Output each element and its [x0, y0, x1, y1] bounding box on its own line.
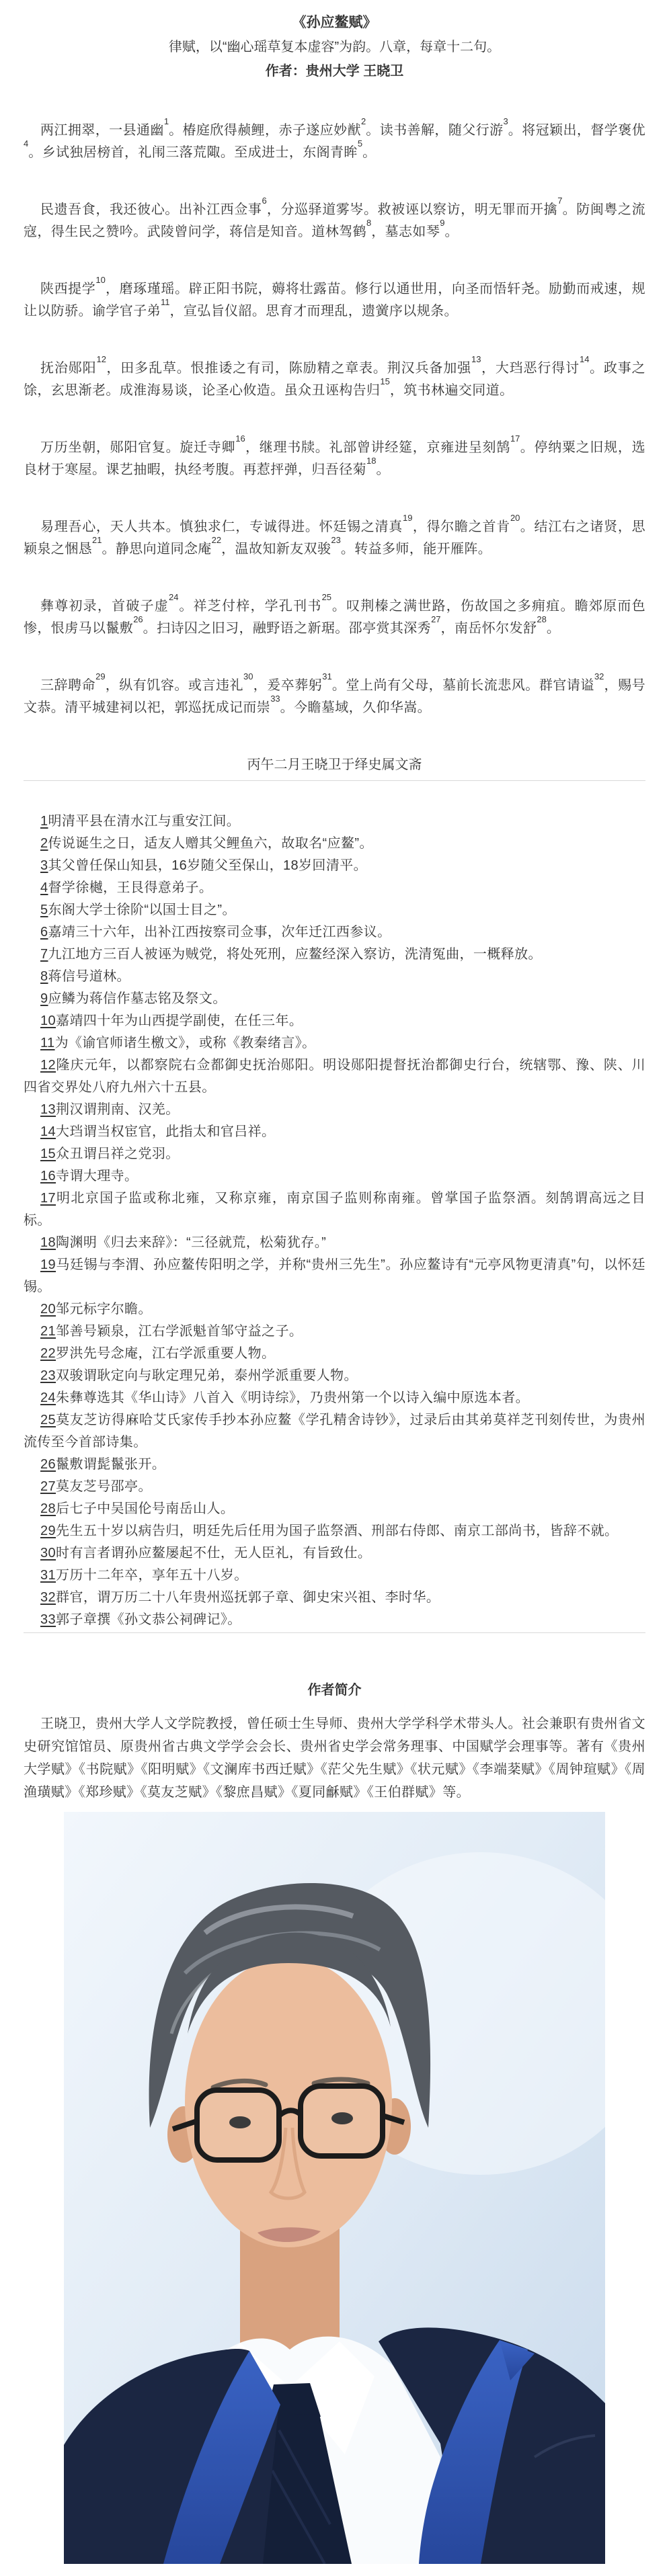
note-text: 嘉靖四十年为山西提学副使，在任三年。 [56, 1013, 303, 1028]
poem-paragraph: 易理吾心，天人共本。慎独求仁，专诚得进。怀廷锡之清真19，得尔瞻之首肯20。结江… [24, 516, 645, 560]
footnote-ref: 14 [580, 354, 589, 364]
poem-text: 。乡试独居榜首，礼闱三落荒陬。至成进士，东阁青眸 [28, 145, 358, 160]
poem-text: 民遗吾食，我还彼心。出补江西佥事 [40, 202, 262, 217]
author-portrait [64, 1812, 605, 2564]
note-number[interactable]: 14 [40, 1124, 56, 1139]
note-text: 传说诞生之日，适友人赠其父鲤鱼六，故取名“应鳌”。 [48, 836, 373, 851]
footnote-ref: 21 [92, 535, 102, 545]
note-number[interactable]: 21 [40, 1324, 56, 1339]
note-number[interactable]: 11 [40, 1036, 55, 1050]
note-text: 邹元标字尔瞻。 [56, 1302, 152, 1317]
note-number[interactable]: 28 [40, 1501, 56, 1516]
poem-text: 。读书善解，随父行游 [366, 123, 503, 138]
note-number[interactable]: 8 [40, 969, 48, 984]
note-text: 明清平县在清水江与重安江间。 [48, 814, 241, 829]
poem-text: 两江拥翠，一县通幽 [40, 123, 164, 138]
poem-text: ，继理书牍。礼部曾讲经筵，京雍进呈刻鹄 [245, 440, 510, 455]
note-item: 3其父曾任保山知县，16岁随父至保山，18岁回清平。 [24, 855, 645, 877]
poem-paragraph: 两江拥翠，一县通幽1。椿庭欣得赪鲤，赤子遂应妙猷2。读书善解，随父行游3。将冠颖… [24, 120, 645, 164]
poem-paragraph: 三辞聘命29，纵有饥容。或言违礼30，爰卒葬躬31。堂上尚有父母，墓前长流悲风。… [24, 675, 645, 719]
poem-subtitle: 律赋，以“幽心瑶草复本虚容”为韵。八章，每章十二句。 [24, 38, 645, 56]
note-item: 16寺谓大理寺。 [24, 1165, 645, 1188]
poem-paragraphs: 两江拥翠，一县通幽1。椿庭欣得赪鲤，赤子遂应妙猷2。读书善解，随父行游3。将冠颖… [24, 120, 645, 719]
note-text: 双骏谓耿定向与耿定理兄弟，泰州学派重要人物。 [56, 1368, 358, 1383]
note-item: 21邹善号颖泉，江右学派魁首邹守益之子。 [24, 1321, 645, 1343]
footnote-ref: 24 [169, 592, 178, 602]
poem-text: ，分巡驿道雾岑。救被诬以察访，明无罪而开擒 [267, 202, 558, 217]
poem-paragraph: 彝尊初录，首破子虚24。祥芝付梓，学孔刊书25。叹荆榛之满世路，伤故国之多痈疽。… [24, 595, 645, 640]
note-item: 2传说诞生之日，适友人赠其父鲤鱼六，故取名“应鳌”。 [24, 833, 645, 855]
note-item: 25莫友芝访得麻哈艾氏家传手抄本孙应鳌《学孔精舍诗钞》，过录后由其弟莫祥芝刊刻传… [24, 1409, 645, 1454]
note-text: 众丑谓吕祥之党羽。 [56, 1147, 180, 1161]
note-item: 22罗洪先号念庵，江右学派重要人物。 [24, 1343, 645, 1365]
footnote-ref: 13 [471, 354, 481, 364]
note-item: 29先生五十岁以病告归，明廷先后任用为国子监祭酒、刑部右侍郎、南京工部尚书，皆辞… [24, 1520, 645, 1542]
poem-text: ，纵有饥容。或言违礼 [106, 678, 243, 693]
article: 《孙应鳌赋》 律赋，以“幽心瑶草复本虚容”为韵。八章，每章十二句。 作者：贵州大… [0, 0, 669, 1804]
note-item: 30时有言者谓孙应鳌屡起不仕，无人臣礼，有旨致仕。 [24, 1542, 645, 1565]
note-item: 13荆汉谓荆南、汉羌。 [24, 1099, 645, 1121]
poem-text: ，宣弘旨仪韶。思育才而理乱，遗黉序以规条。 [170, 304, 458, 319]
poem-text: 三辞聘命 [40, 678, 95, 693]
poem-text: 。将冠颖出，督学褒优 [508, 123, 645, 138]
note-number[interactable]: 17 [40, 1191, 56, 1206]
note-text: 寺谓大理寺。 [56, 1169, 138, 1183]
footnote-ref: 11 [161, 297, 170, 307]
footnote-ref: 2 [361, 116, 366, 126]
note-text: 其父曾任保山知县，16岁随父至保山，18岁回清平。 [48, 858, 368, 873]
footnote-ref: 6 [262, 196, 266, 206]
footnote-ref: 3 [504, 116, 508, 126]
note-number[interactable]: 23 [40, 1368, 56, 1383]
author-photo [64, 1812, 605, 2564]
note-item: 23双骏谓耿定向与耿定理兄弟，泰州学派重要人物。 [24, 1365, 645, 1387]
note-text: 群官，谓万历二十八年贵州巡抚郭子章、御史宋兴祖、李时华。 [56, 1590, 440, 1605]
note-item: 32群官，谓万历二十八年贵州巡抚郭子章、御史宋兴祖、李时华。 [24, 1587, 645, 1609]
footnote-ref: 10 [95, 275, 105, 285]
divider-top [24, 780, 645, 781]
poem-text: 。 [444, 224, 458, 239]
footnote-ref: 30 [243, 671, 253, 681]
note-text: 后七子中吴国伦号南岳山人。 [56, 1501, 234, 1516]
note-text: 督学徐樾，王艮得意弟子。 [48, 880, 213, 895]
note-item: 5东阁大学士徐阶“以国士目之”。 [24, 899, 645, 921]
note-number[interactable]: 3 [40, 858, 48, 873]
poem-paragraph: 万历坐朝，郧阳官复。旋迁寺卿16，继理书牍。礼部曾讲经筵，京雍进呈刻鹄17。停纳… [24, 437, 645, 481]
note-text: 为《谕官师诸生檄文》，或称《教秦绪言》。 [55, 1036, 316, 1050]
note-item: 27莫友芝号邵亭。 [24, 1476, 645, 1498]
poem-text: 。祥芝付梓，学孔刊书 [179, 599, 322, 614]
poem-text: 。椿庭欣得赪鲤，赤子遂应妙猷 [169, 123, 361, 138]
note-text: 荆汉谓荆南、汉羌。 [56, 1102, 180, 1117]
note-number[interactable]: 15 [40, 1147, 56, 1161]
poem-text: 。今瞻墓域，久仰华嵩。 [280, 700, 431, 715]
poem-text: ，温故知新友双骏 [221, 542, 331, 556]
footnote-ref: 5 [358, 138, 362, 149]
note-item: 17明北京国子监或称北雍，又称京雍，南京国子监则称南雍。曾掌国子监祭酒。刻鹄谓高… [24, 1188, 645, 1232]
note-item: 14大珰谓当权宦官，此指太和官吕祥。 [24, 1121, 645, 1143]
poem-text: ，田多乱草。恨推诿之有司，陈励精之章表。荆汉兵备加强 [106, 361, 471, 376]
footnote-ref: 20 [510, 513, 520, 523]
note-number[interactable]: 12 [40, 1058, 56, 1073]
note-item: 20邹元标字尔瞻。 [24, 1298, 645, 1321]
note-number[interactable]: 10 [40, 1013, 56, 1028]
note-item: 7九江地方三百人被诬为贼党，将处死刑，应鳌经深入察访，洗清冤曲，一概释放。 [24, 944, 645, 966]
note-item: 19马廷锡与李渭、孙应鳌传阳明之学，并称“贵州三先生”。孙应鳌诗有“元亭风物更清… [24, 1254, 645, 1298]
note-item: 11为《谕官师诸生檄文》，或称《教秦绪言》。 [24, 1032, 645, 1054]
note-text: 大珰谓当权宦官，此指太和官吕祥。 [56, 1124, 275, 1139]
note-number[interactable]: 29 [40, 1524, 56, 1538]
poem-author: 作者：贵州大学 王晓卫 [24, 62, 645, 81]
footnote-ref: 31 [322, 671, 331, 681]
note-number[interactable]: 5 [40, 903, 48, 917]
footnote-ref: 27 [431, 614, 440, 624]
page-title: 《孙应鳌赋》 [24, 13, 645, 32]
note-number[interactable]: 7 [40, 947, 48, 962]
poem-text: ，得尔瞻之首肯 [412, 520, 510, 534]
footnote-ref: 25 [322, 592, 331, 602]
note-number[interactable]: 30 [40, 1546, 56, 1561]
note-text: 蒋信号道林。 [48, 969, 130, 984]
note-text: 莫友芝号邵亭。 [56, 1479, 152, 1494]
note-text: 朱彝尊选其《华山诗》八首入《明诗综》，乃贵州第一个以诗入编中原选本者。 [56, 1390, 529, 1405]
note-text: 东阁大学士徐阶“以国士目之”。 [48, 903, 236, 917]
note-number[interactable]: 13 [40, 1102, 56, 1117]
note-text: 明北京国子监或称北雍，又称京雍，南京国子监则称南雍。曾掌国子监祭酒。刻鹄谓高远之… [24, 1191, 645, 1228]
note-number[interactable]: 31 [40, 1568, 56, 1583]
note-text: 陶渊明《归去来辞》：“三径就荒，松菊犹存。” [56, 1235, 326, 1250]
bio-heading: 作者简介 [24, 1681, 645, 1699]
footnote-ref: 18 [366, 456, 376, 466]
footnote-ref: 12 [96, 354, 106, 364]
note-item: 6嘉靖三十六年，出补江西按察司佥事，次年迁江西参议。 [24, 921, 645, 944]
note-number[interactable]: 2 [40, 836, 48, 851]
note-number[interactable]: 25 [40, 1413, 56, 1427]
note-item: 8蒋信号道林。 [24, 966, 645, 988]
note-text: 万历十二年卒，享年五十八岁。 [56, 1568, 248, 1583]
note-item: 15众丑谓吕祥之党羽。 [24, 1143, 645, 1165]
note-number[interactable]: 9 [40, 991, 48, 1006]
poem-text: 。 [547, 621, 560, 636]
note-number[interactable]: 20 [40, 1302, 56, 1317]
note-item: 12隆庆元年，以都察院右佥都御史抚治郧阳。明设郧阳提督抚治都御史行台，统辖鄂、豫… [24, 1054, 645, 1099]
note-number[interactable]: 6 [40, 925, 48, 940]
notes-list: 1明清平县在清水江与重安江间。2传说诞生之日，适友人赠其父鲤鱼六，故取名“应鳌”… [24, 811, 645, 1631]
poem-paragraph: 民遗吾食，我还彼心。出补江西佥事6，分巡驿道雾岑。救被诬以察访，明无罪而开擒7。… [24, 199, 645, 243]
footnote-ref: 4 [24, 138, 28, 149]
footnote-ref: 15 [380, 376, 389, 386]
poem-text: ，大珰恶行得讨 [481, 361, 580, 376]
footnote-ref: 26 [133, 614, 143, 624]
note-text: 嘉靖三十六年，出补江西按察司佥事，次年迁江西参议。 [48, 925, 391, 940]
note-number[interactable]: 26 [40, 1457, 56, 1472]
note-number[interactable]: 32 [40, 1590, 56, 1605]
footnote-ref: 29 [95, 671, 105, 681]
note-number[interactable]: 27 [40, 1479, 56, 1494]
note-item: 18陶渊明《归去来辞》：“三径就荒，松菊犹存。” [24, 1232, 645, 1254]
note-number[interactable]: 4 [40, 880, 48, 895]
poem-text: 。 [362, 145, 376, 160]
footnote-ref: 16 [235, 433, 245, 444]
poem-text: ，南岳怀尔发舒 [441, 621, 537, 636]
note-text: 九江地方三百人被诬为贼党，将处死刑，应鳌经深入察访，洗清冤曲，一概释放。 [48, 947, 542, 962]
note-item: 9应鳞为蒋信作墓志铭及祭文。 [24, 988, 645, 1010]
poem-text: 。 [376, 462, 389, 477]
note-text: 应鳞为蒋信作墓志铭及祭文。 [48, 991, 227, 1006]
note-item: 33郭子章撰《孙文恭公祠碑记》。 [24, 1609, 645, 1631]
footnote-ref: 9 [440, 218, 444, 228]
note-text: 罗洪先号念庵，江右学派重要人物。 [56, 1346, 275, 1361]
poem-text: ，筑书林遍交同道。 [390, 383, 514, 398]
note-text: 邹善号颖泉，江右学派魁首邹守益之子。 [56, 1324, 303, 1339]
note-item: 28后七子中吴国伦号南岳山人。 [24, 1498, 645, 1520]
note-text: 鬣敷谓髭鬣张开。 [56, 1457, 165, 1472]
note-text: 先生五十岁以病告归，明廷先后任用为国子监祭酒、刑部右侍郎、南京工部尚书，皆辞不就… [56, 1524, 618, 1538]
note-text: 隆庆元年，以都察院右佥都御史抚治郧阳。明设郧阳提督抚治都御史行台，统辖鄂、豫、陕… [24, 1058, 645, 1095]
note-item: 10嘉靖四十年为山西提学副使，在任三年。 [24, 1010, 645, 1032]
note-number[interactable]: 22 [40, 1346, 56, 1361]
footnote-ref: 28 [537, 614, 546, 624]
footer-space [0, 2564, 669, 2576]
poem-text: 。扫诗囚之旧习，融野语之新琚。邵亭赏其深秀 [143, 621, 431, 636]
footnote-ref: 1 [164, 116, 169, 126]
footnote-ref: 8 [366, 218, 371, 228]
poem-text: 陕西提学 [40, 282, 95, 296]
poem-text: 彝尊初录，首破子虚 [40, 599, 169, 614]
note-text: 马廷锡与李渭、孙应鳌传阳明之学，并称“贵州三先生”。孙应鳌诗有“元亭风物更清真”… [24, 1257, 645, 1294]
footnote-ref: 19 [403, 513, 412, 523]
footnote-ref: 17 [510, 433, 520, 444]
note-number[interactable]: 24 [40, 1390, 56, 1405]
divider-bottom [24, 1632, 645, 1633]
note-item: 4督学徐樾，王艮得意弟子。 [24, 877, 645, 899]
poem-text: 。静思向道同念庵 [102, 542, 211, 556]
note-text: 莫友芝访得麻哈艾氏家传手抄本孙应鳌《学孔精舍诗钞》，过录后由其弟莫祥芝刊刻传世，… [24, 1413, 645, 1450]
footnote-ref: 33 [270, 694, 280, 704]
poem-text: ，墓志如琴 [371, 224, 440, 239]
note-item: 31万历十二年卒，享年五十八岁。 [24, 1565, 645, 1587]
footnote-ref: 32 [594, 671, 604, 681]
signature-line: 丙午二月王晓卫于绎史属文斋 [24, 754, 645, 776]
note-number[interactable]: 1 [40, 814, 48, 829]
poem-text: 。堂上尚有父母，墓前长流悲风。群官请谥 [332, 678, 594, 693]
note-item: 1明清平县在清水江与重安江间。 [24, 811, 645, 833]
poem-text: 抚治郧阳 [40, 361, 96, 376]
footnote-ref: 7 [557, 196, 562, 206]
poem-text: 万历坐朝，郧阳官复。旋迁寺卿 [40, 440, 235, 455]
note-text: 郭子章撰《孙文恭公祠碑记》。 [56, 1612, 241, 1627]
note-number[interactable]: 19 [40, 1257, 56, 1272]
footnote-ref: 23 [331, 535, 340, 545]
note-number[interactable]: 18 [40, 1235, 56, 1250]
poem-text: 。转益多师，能开雁阵。 [341, 542, 491, 556]
note-number[interactable]: 33 [40, 1612, 56, 1627]
poem-paragraph: 抚治郧阳12，田多乱草。恨推诿之有司，陈励精之章表。荆汉兵备加强13，大珰恶行得… [24, 358, 645, 402]
note-item: 26鬣敷谓髭鬣张开。 [24, 1454, 645, 1476]
poem-paragraph: 陕西提学10，磨琢瑾瑶。辟正阳书院，薅将壮露苗。修行以通世用，向圣而悟轩尧。励勤… [24, 278, 645, 323]
note-number[interactable]: 16 [40, 1169, 56, 1183]
footnote-ref: 22 [212, 535, 221, 545]
note-item: 24朱彝尊选其《华山诗》八首入《明诗综》，乃贵州第一个以诗入编中原选本者。 [24, 1387, 645, 1409]
bio-text: 王晓卫，贵州大学人文学院教授，曾任硕士生导师、贵州大学学科学术带头人。社会兼职有… [24, 1712, 645, 1804]
poem-text: 易理吾心，天人共本。慎独求仁，专诚得进。怀廷锡之清真 [40, 520, 403, 534]
poem-text: ，爰卒葬躬 [253, 678, 323, 693]
note-text: 时有言者谓孙应鳌屡起不仕，无人臣礼，有旨致仕。 [56, 1546, 371, 1561]
